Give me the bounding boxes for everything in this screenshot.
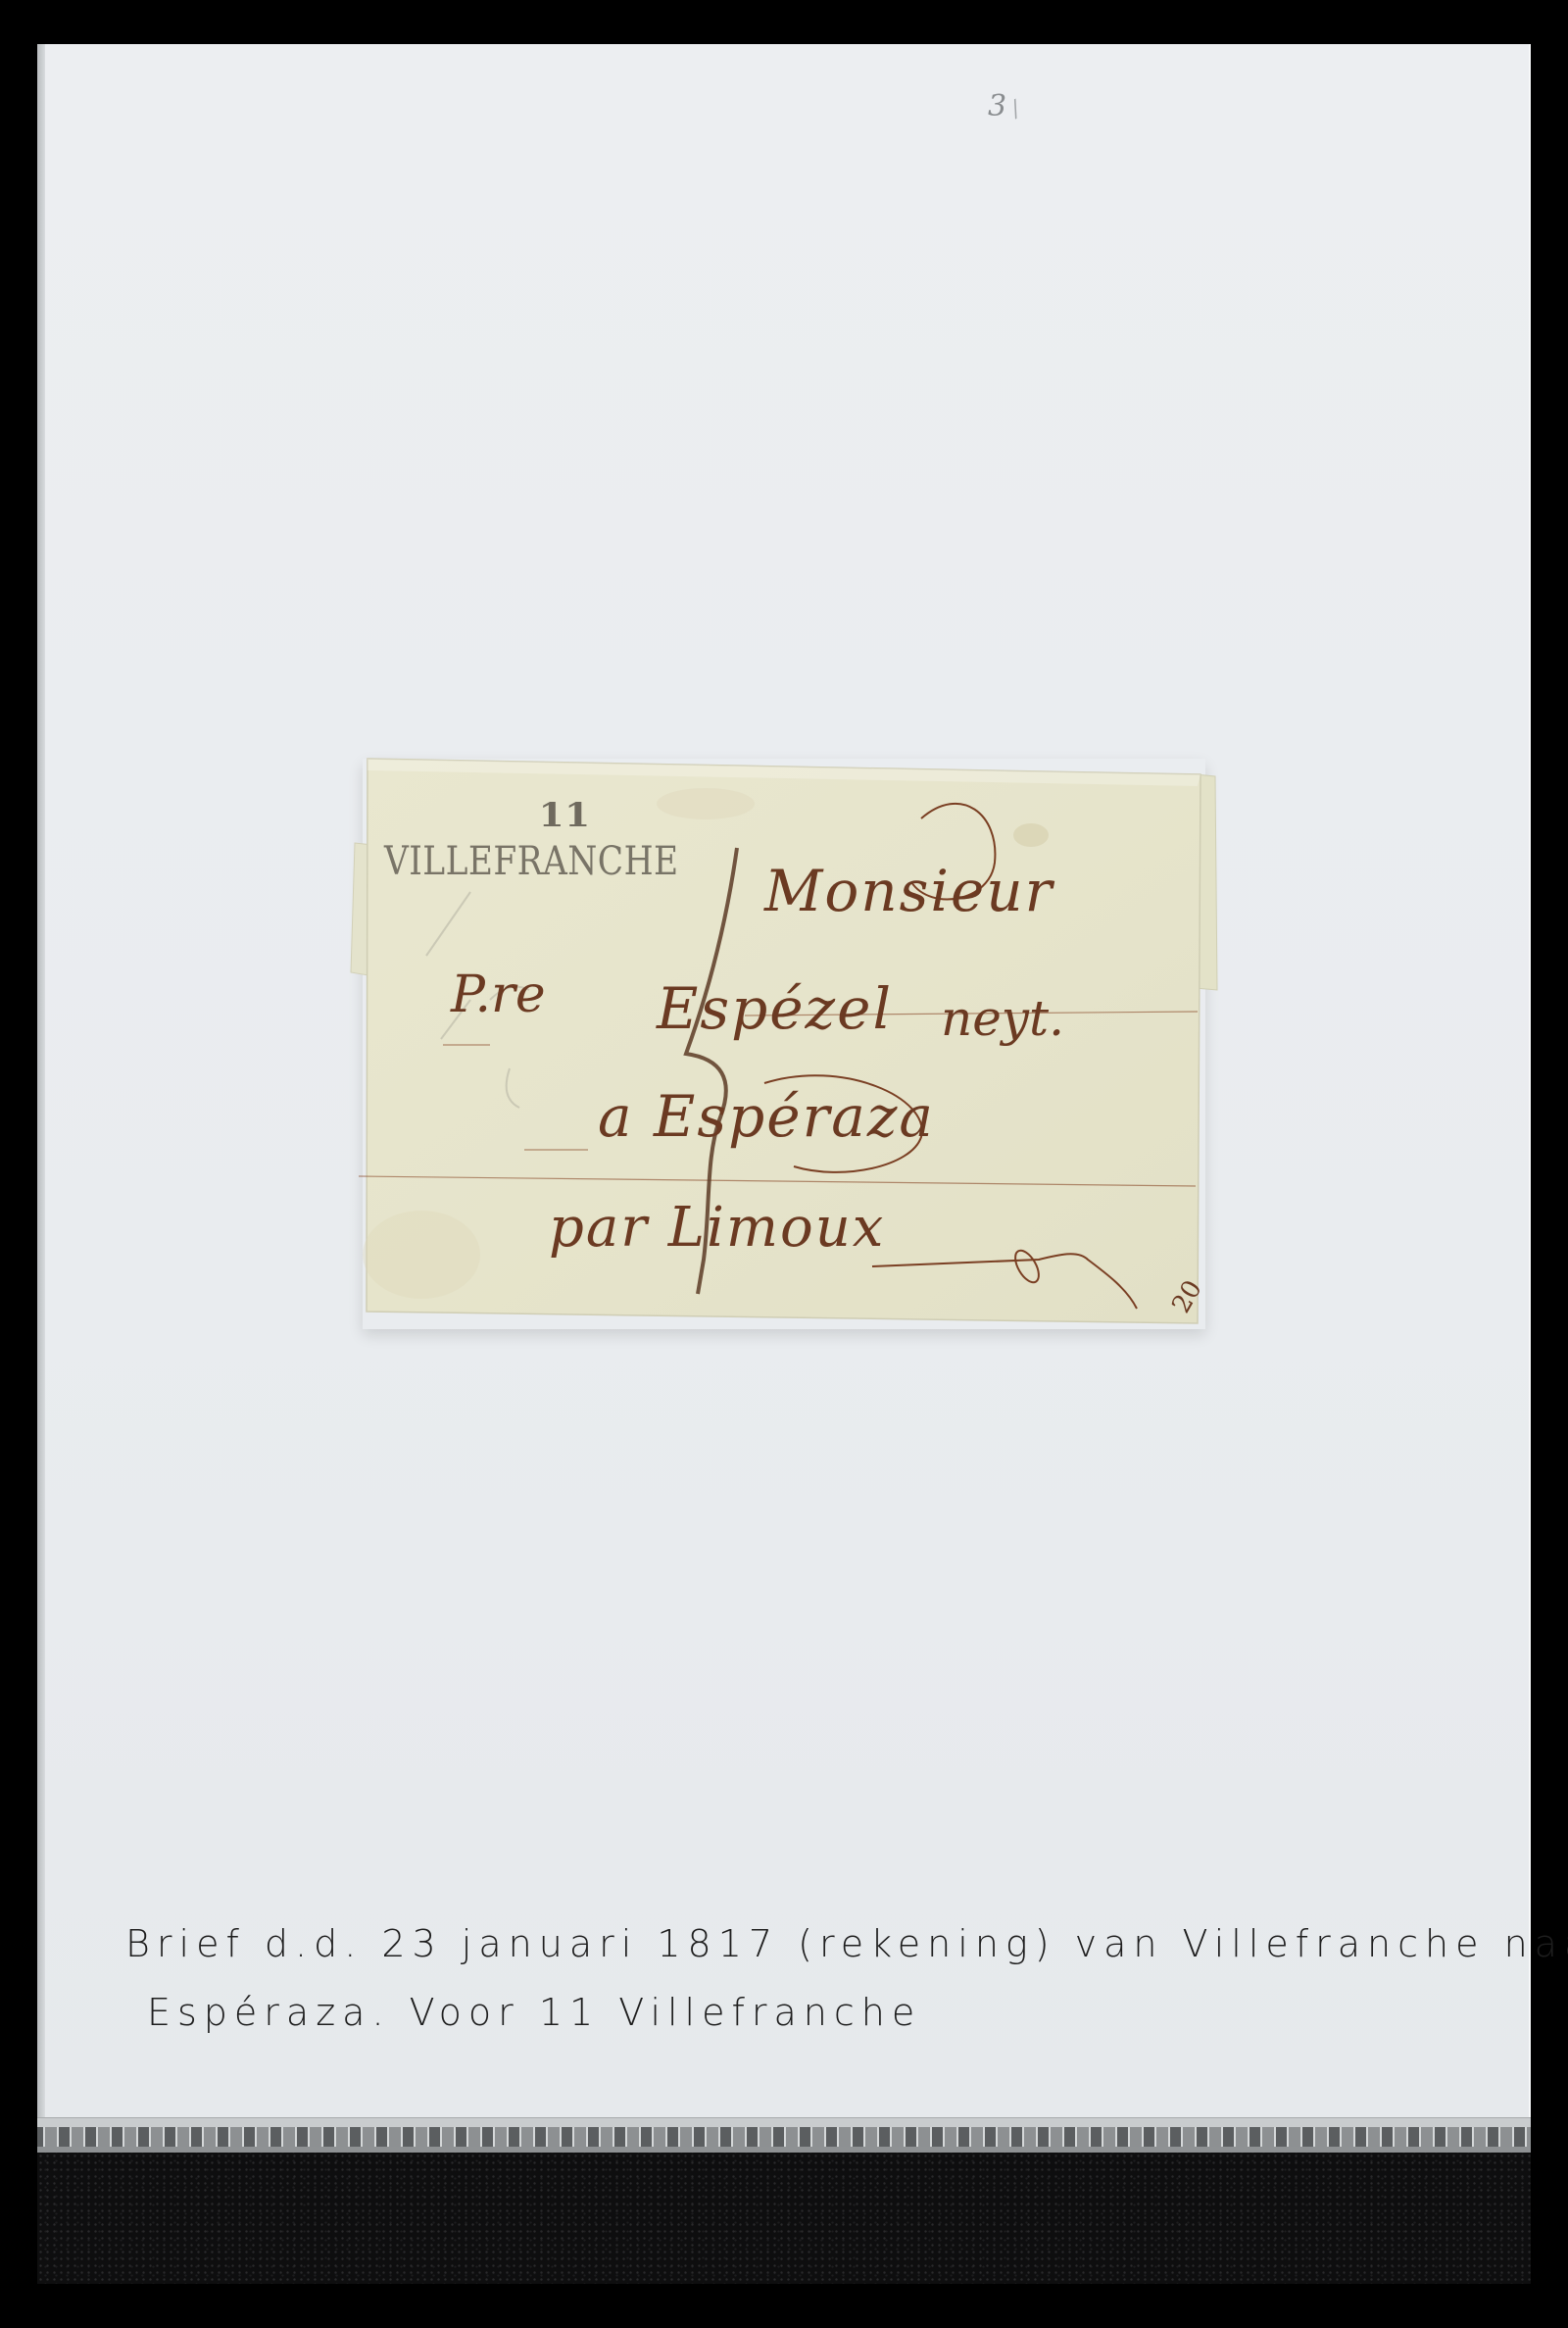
cancellation-stamp-number: 11: [539, 796, 591, 835]
page-number: 3/: [988, 87, 1037, 126]
background-texture: [37, 2153, 1531, 2284]
annotation-line-2: Espéraza. Voor 11 Villefranche: [125, 1978, 1399, 2047]
binder-strip-perforations: [37, 2127, 1531, 2147]
address-line-2-suffix: neyt.: [941, 990, 1064, 1047]
page-number-tick: /: [1004, 91, 1029, 128]
handwritten-annotation: Brief d.d. 23 januari 1817 (rekening) va…: [125, 1909, 1399, 2047]
cancellation-stamp-town: VILLEFRANCHE: [384, 839, 679, 884]
folded-letter-cover: 11 VILLEFRANCHE Monsieur P.re Espézel ne…: [333, 745, 1235, 1343]
address-line-3: a Espéraza: [598, 1083, 935, 1150]
address-line-1: Monsieur: [764, 858, 1053, 924]
annotation-line-1: Brief d.d. 23 januari 1817 (rekening) va…: [125, 1909, 1399, 1978]
address-prefix: P.re: [451, 966, 546, 1024]
address-line-2: Espézel: [657, 975, 893, 1042]
address-line-4: par Limoux: [549, 1196, 885, 1260]
